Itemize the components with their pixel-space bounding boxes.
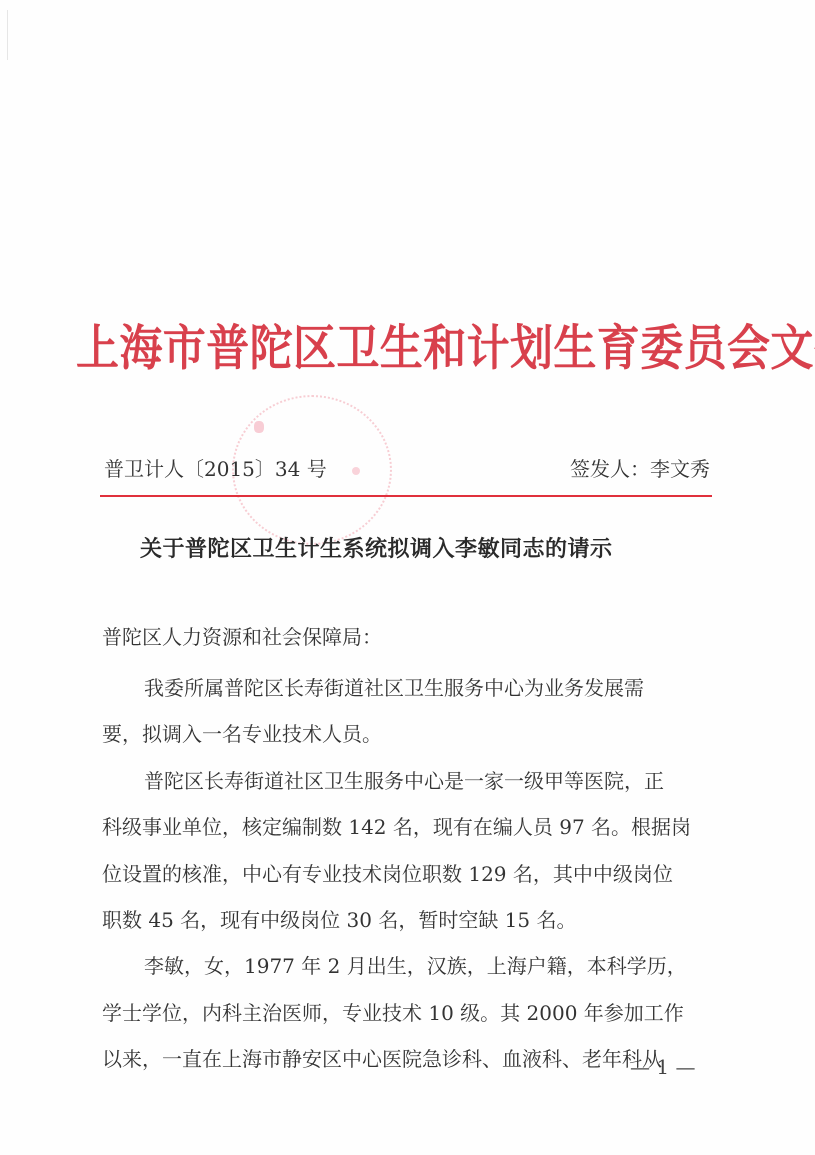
addressee: 普陀区人力资源和社会保障局： — [102, 619, 382, 655]
document-number: 普卫计人〔2015〕34 号 — [104, 454, 327, 484]
body-line: 李敏，女，1977 年 2 月出生，汉族，上海户籍，本科学历， — [102, 943, 722, 989]
scan-edge-mark — [7, 10, 8, 60]
body-line: 职数 45 名，现有中级岗位 30 名，暂时空缺 15 名。 — [102, 897, 722, 943]
body-line: 学士学位，内科主治医师，专业技术 10 级。其 2000 年参加工作 — [102, 990, 722, 1036]
document-page: 上海市普陀区卫生和计划生育委员会文件 普卫计人〔2015〕34 号 签发人：李文… — [0, 0, 815, 1155]
red-divider-line — [100, 495, 712, 497]
body-line: 以来，一直在上海市静安区中心医院急诊科、血液科、老年科从 — [102, 1036, 722, 1082]
masthead-title: 上海市普陀区卫生和计划生育委员会文件 — [76, 314, 740, 383]
body-line: 我委所属普陀区长寿街道社区卫生服务中心为业务发展需 — [102, 665, 722, 711]
document-title: 关于普陀区卫生计生系统拟调入李敏同志的请示 — [140, 530, 680, 570]
body-line: 要，拟调入一名专业技术人员。 — [102, 711, 722, 757]
page-number: — 1 — — [630, 1053, 695, 1081]
body-line: 科级事业单位，核定编制数 142 名，现有在编人员 97 名。根据岗 — [102, 804, 722, 850]
body-line: 位设置的核准，中心有专业技术岗位职数 129 名，其中中级岗位 — [102, 851, 722, 897]
signer: 签发人：李文秀 — [570, 454, 710, 484]
body-line: 普陀区长寿街道社区卫生服务中心是一家一级甲等医院，正 — [102, 758, 722, 804]
body-text: 我委所属普陀区长寿街道社区卫生服务中心为业务发展需 要，拟调入一名专业技术人员。… — [102, 665, 722, 1083]
